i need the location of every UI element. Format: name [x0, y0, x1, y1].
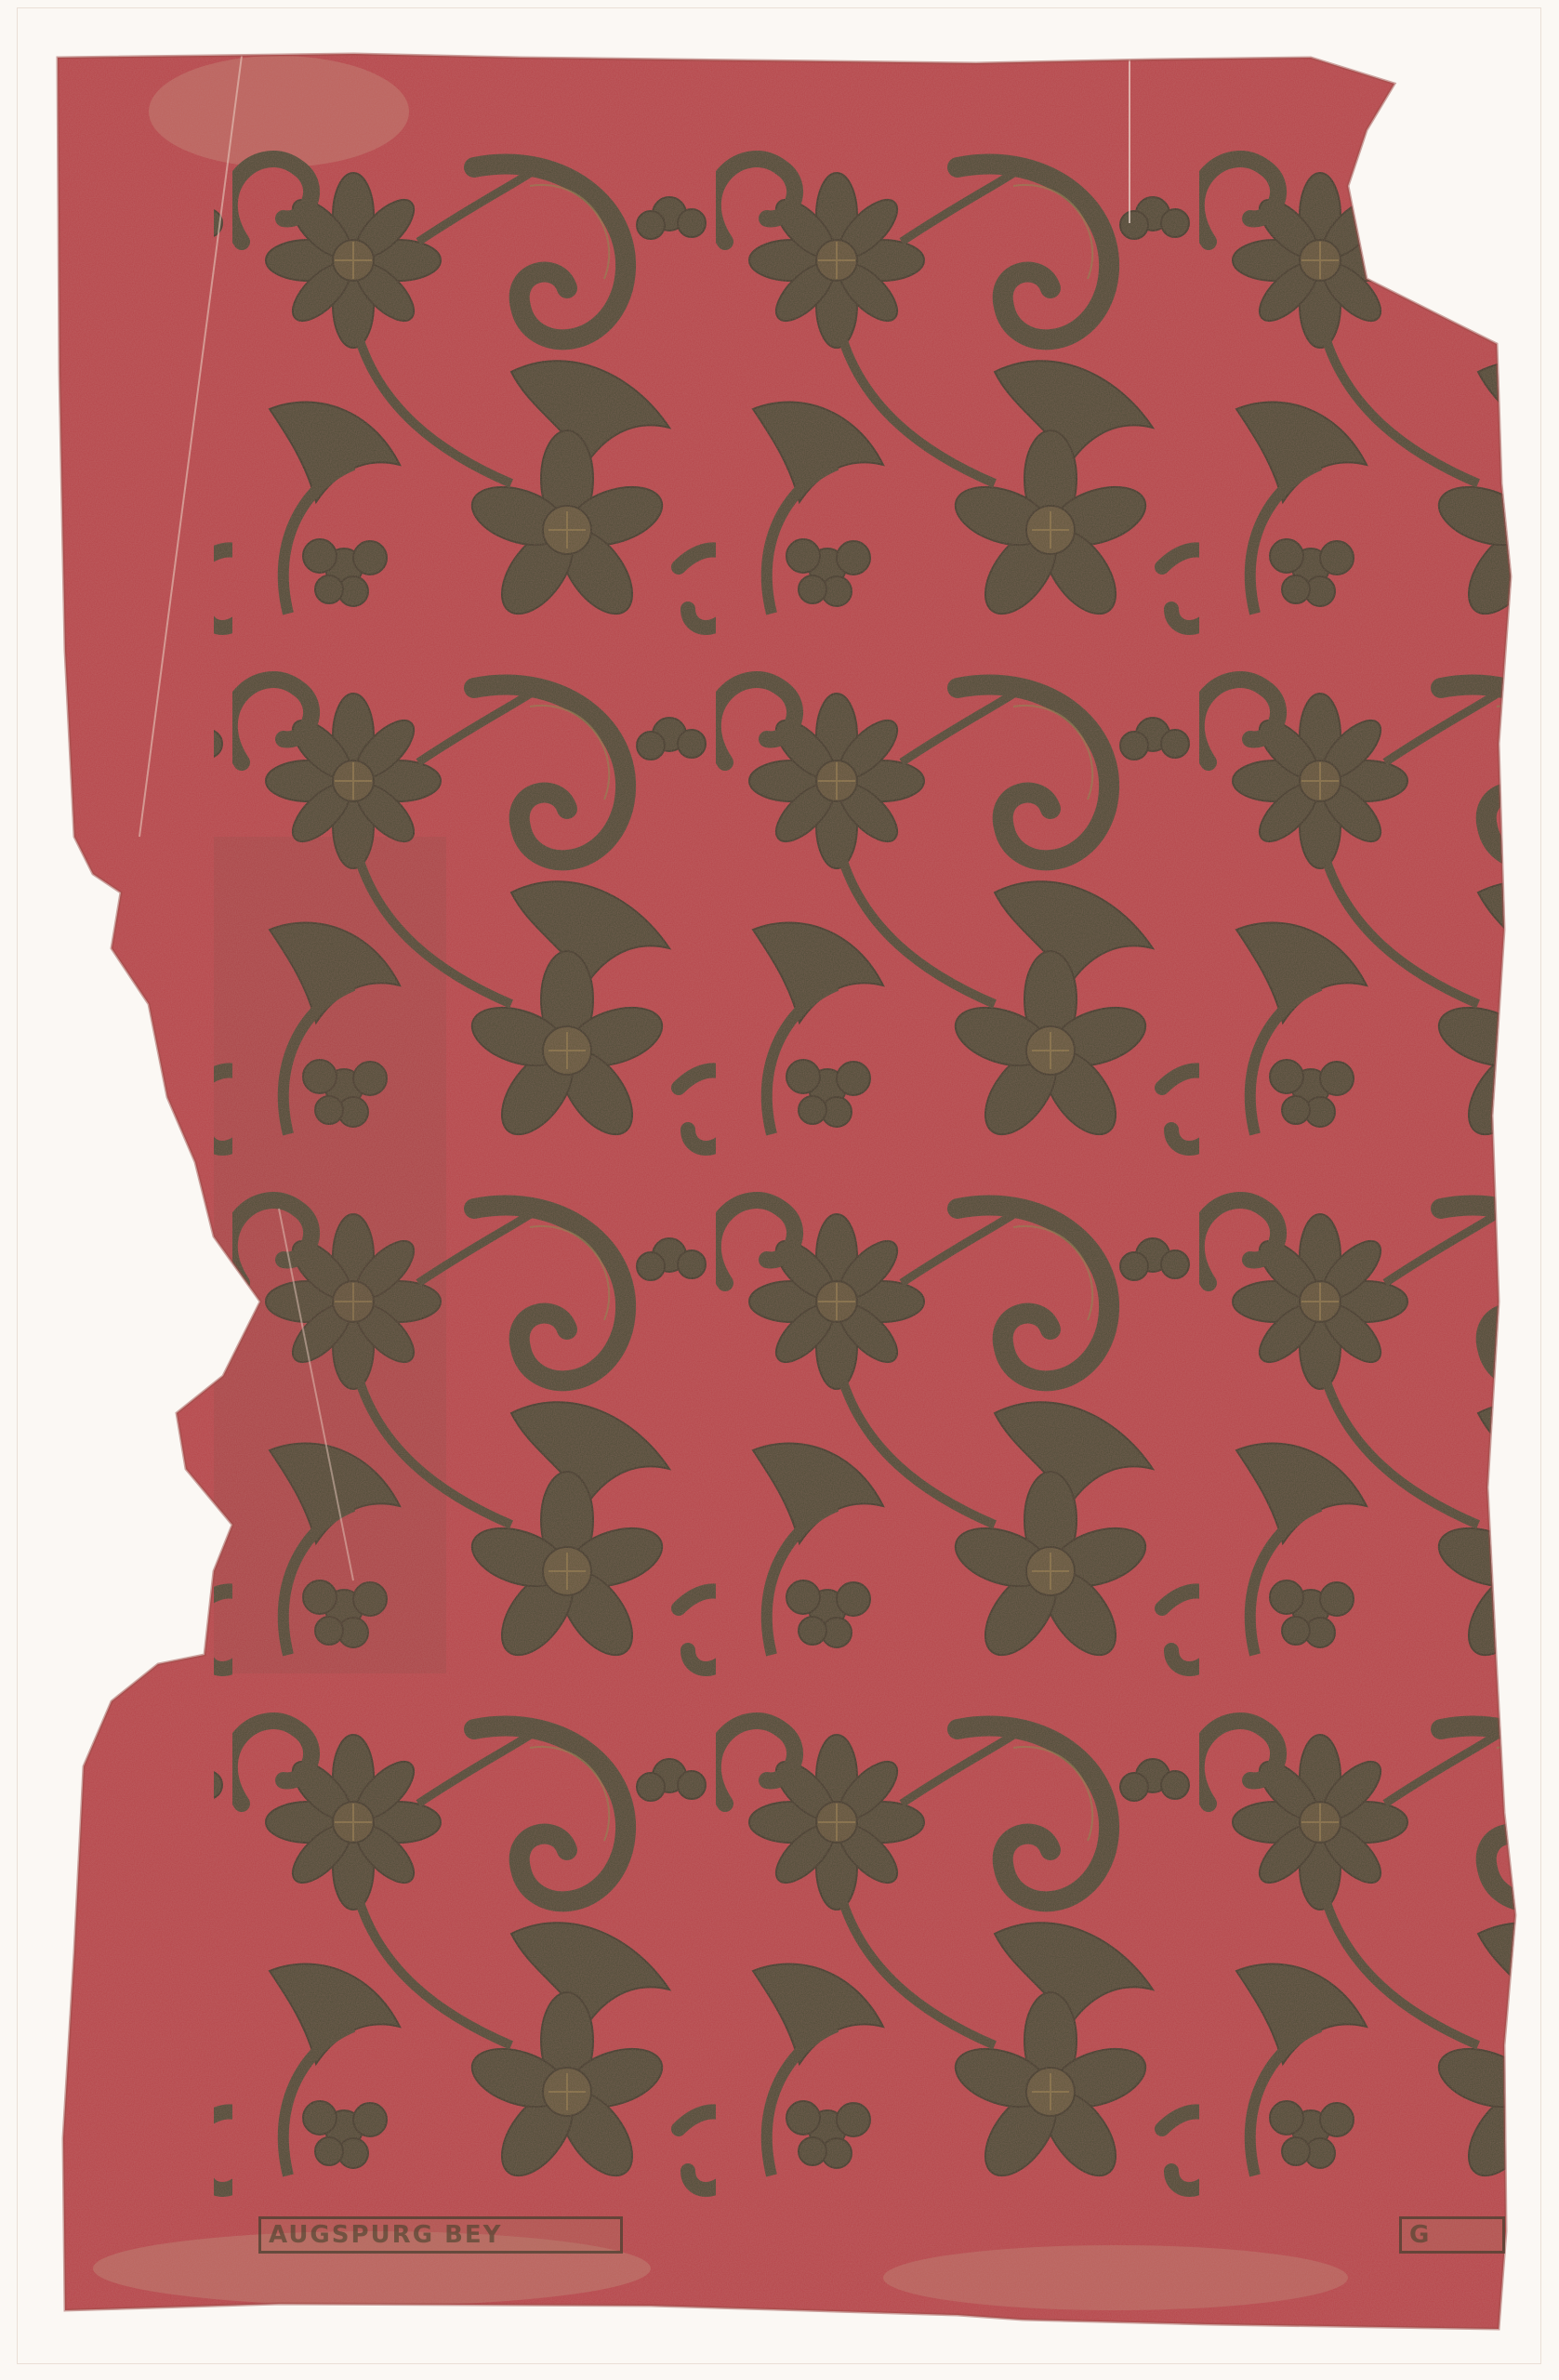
brocade-paper-fragment: [0, 0, 1559, 2380]
maker-imprint-right: G: [1399, 2216, 1505, 2254]
maker-imprint-left: AUGSPURG BEY: [258, 2216, 623, 2254]
